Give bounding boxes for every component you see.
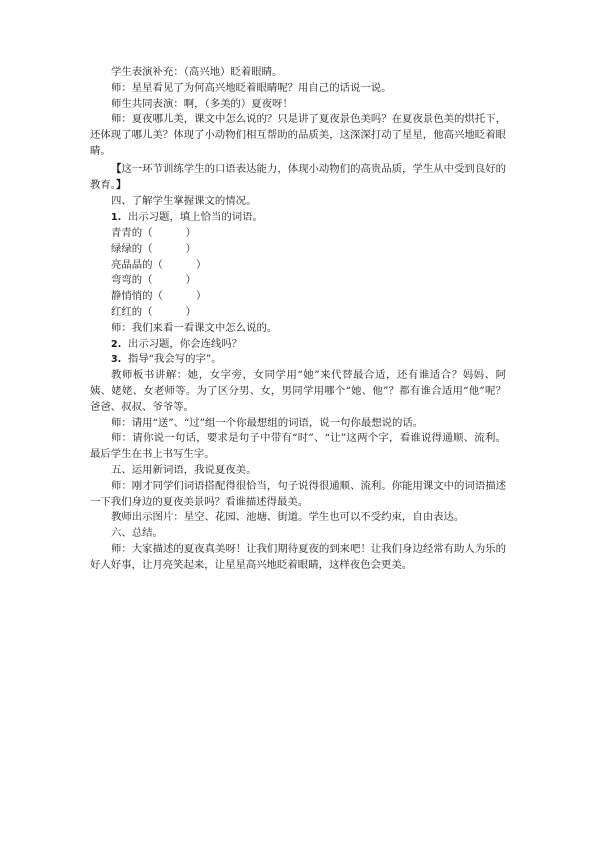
paragraph-describe-night: 师：刚才同学们词语搭配得很恰当，句子说得很通顺、流利。你能用课文中的词语描述一下… xyxy=(90,479,506,511)
fill-blank-item: 绿绿的（ ） xyxy=(90,242,506,258)
paragraph-joint-performance: 师生共同表演：啊，（多美的）夏夜呀！ xyxy=(90,97,506,113)
paragraph-teacher-look: 师：我们来看一看课文中怎么说的。 xyxy=(90,321,506,337)
list-number: 1. xyxy=(111,212,121,223)
paragraph-sentence-exercise: 师：请你说一句话，要求是句子中带有“时”、“让”这两个字，看谁说得通顺、流利。最… xyxy=(90,431,506,463)
paragraph-board-explanation: 教师板书讲解：她，女字旁，女同学用“她”来代替最合适，还有谁适合？妈妈、阿姨、姥… xyxy=(90,368,506,415)
list-number: 3. xyxy=(111,354,121,365)
list-number: 2. xyxy=(111,339,121,350)
paragraph-word-exercise: 师：请用“送”、“过”组一个你最想组的词语，说一句你最想说的话。 xyxy=(90,416,506,432)
paragraph-teacher-question: 师：星星看见了为何高兴地眨着眼睛呢？用自己的话说一说。 xyxy=(90,81,506,97)
list-item-3: 3. 指导“我会写的字”。 xyxy=(90,352,506,368)
list-item-1: 1. 出示习题，填上恰当的词语。 xyxy=(90,210,506,226)
list-item-2: 2. 出示习题，你会连线吗？ xyxy=(90,337,506,353)
document-page: 学生表演补充：（高兴地）眨着眼睛。 师：星星看见了为何高兴地眨着眼睛呢？用自己的… xyxy=(90,65,506,574)
bracket-open: 【 xyxy=(111,163,121,175)
fill-blank-item: 亮晶晶的（ ） xyxy=(90,258,506,274)
bracket-close: 】 xyxy=(116,179,126,191)
list-item-text: 指导“我会写的字”。 xyxy=(128,353,222,365)
fill-blank-item: 静悄悄的（ ） xyxy=(90,289,506,305)
fill-blank-item: 红红的（ ） xyxy=(90,305,506,321)
fill-blank-item: 弯弯的（ ） xyxy=(90,273,506,289)
paragraph-summer-night-beauty: 师：夏夜哪儿美，课文中怎么说的？只是讲了夏夜景色美吗？在夏夜景色美的烘托下，还体… xyxy=(90,112,506,159)
paragraph-teaching-note: 【这一环节训练学生的口语表达能力，体现小动物们的高贵品质，学生从中受到良好的教育… xyxy=(90,162,506,194)
fill-blank-item: 青青的（ ） xyxy=(90,226,506,242)
paragraph-conclusion: 师：大家描述的夏夜真美呀！让我们期待夏夜的到来吧！让我们身边经常有助人为乐的好人… xyxy=(90,542,506,574)
teaching-note-text: 这一环节训练学生的口语表达能力，体现小动物们的高贵品质，学生从中受到良好的教育。 xyxy=(90,163,506,191)
section-heading-4: 四、了解学生掌握课文的情况。 xyxy=(90,194,506,210)
list-item-text: 出示习题，填上恰当的词语。 xyxy=(128,211,263,223)
section-heading-6: 六、总结。 xyxy=(90,526,506,542)
list-item-text: 出示习题，你会连线吗？ xyxy=(128,338,242,350)
paragraph-student-performance: 学生表演补充：（高兴地）眨着眼睛。 xyxy=(90,65,506,81)
section-heading-5: 五、运用新词语，我说夏夜美。 xyxy=(90,463,506,479)
paragraph-show-pictures: 教师出示图片：星空、花园、池塘、街道。学生也可以不受约束，自由表达。 xyxy=(90,510,506,526)
